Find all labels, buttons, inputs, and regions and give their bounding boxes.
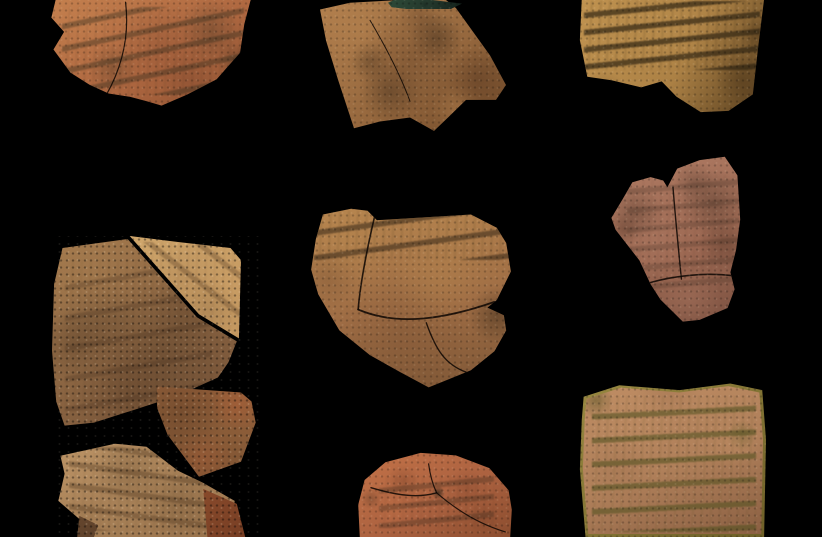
- shard-left-composite: [52, 236, 262, 537]
- shard-bottom-center: [355, 452, 515, 537]
- shard-top-middle-green-rim: [388, 0, 462, 9]
- shard-top-middle: [310, 0, 510, 135]
- shard-top-left: [45, 0, 257, 110]
- shard-top-middle-cracks: [310, 0, 510, 135]
- shard-top-left-inscription: [62, 7, 244, 95]
- shard-center: [290, 205, 525, 395]
- shard-bottom-center-cracks: [355, 452, 515, 537]
- ostraca-photograph: [0, 0, 822, 537]
- shard-mid-right-cracks: [610, 155, 750, 325]
- shard-bottom-center-inscription: [379, 476, 494, 529]
- shard-mid-right: [610, 155, 750, 325]
- shard-top-left-cracks: [45, 0, 257, 110]
- shard-mid-right-inscription: [627, 175, 739, 291]
- shard-center-inscription: [314, 211, 514, 260]
- shard-center-cracks: [290, 205, 525, 395]
- shard-bottom-right-face: [581, 375, 763, 534]
- shard-top-right-inscription: [584, 1, 761, 69]
- shard-top-right: [578, 0, 764, 118]
- shard-bottom-right-inscription: [592, 396, 756, 533]
- shard-bottom-right: [578, 372, 766, 537]
